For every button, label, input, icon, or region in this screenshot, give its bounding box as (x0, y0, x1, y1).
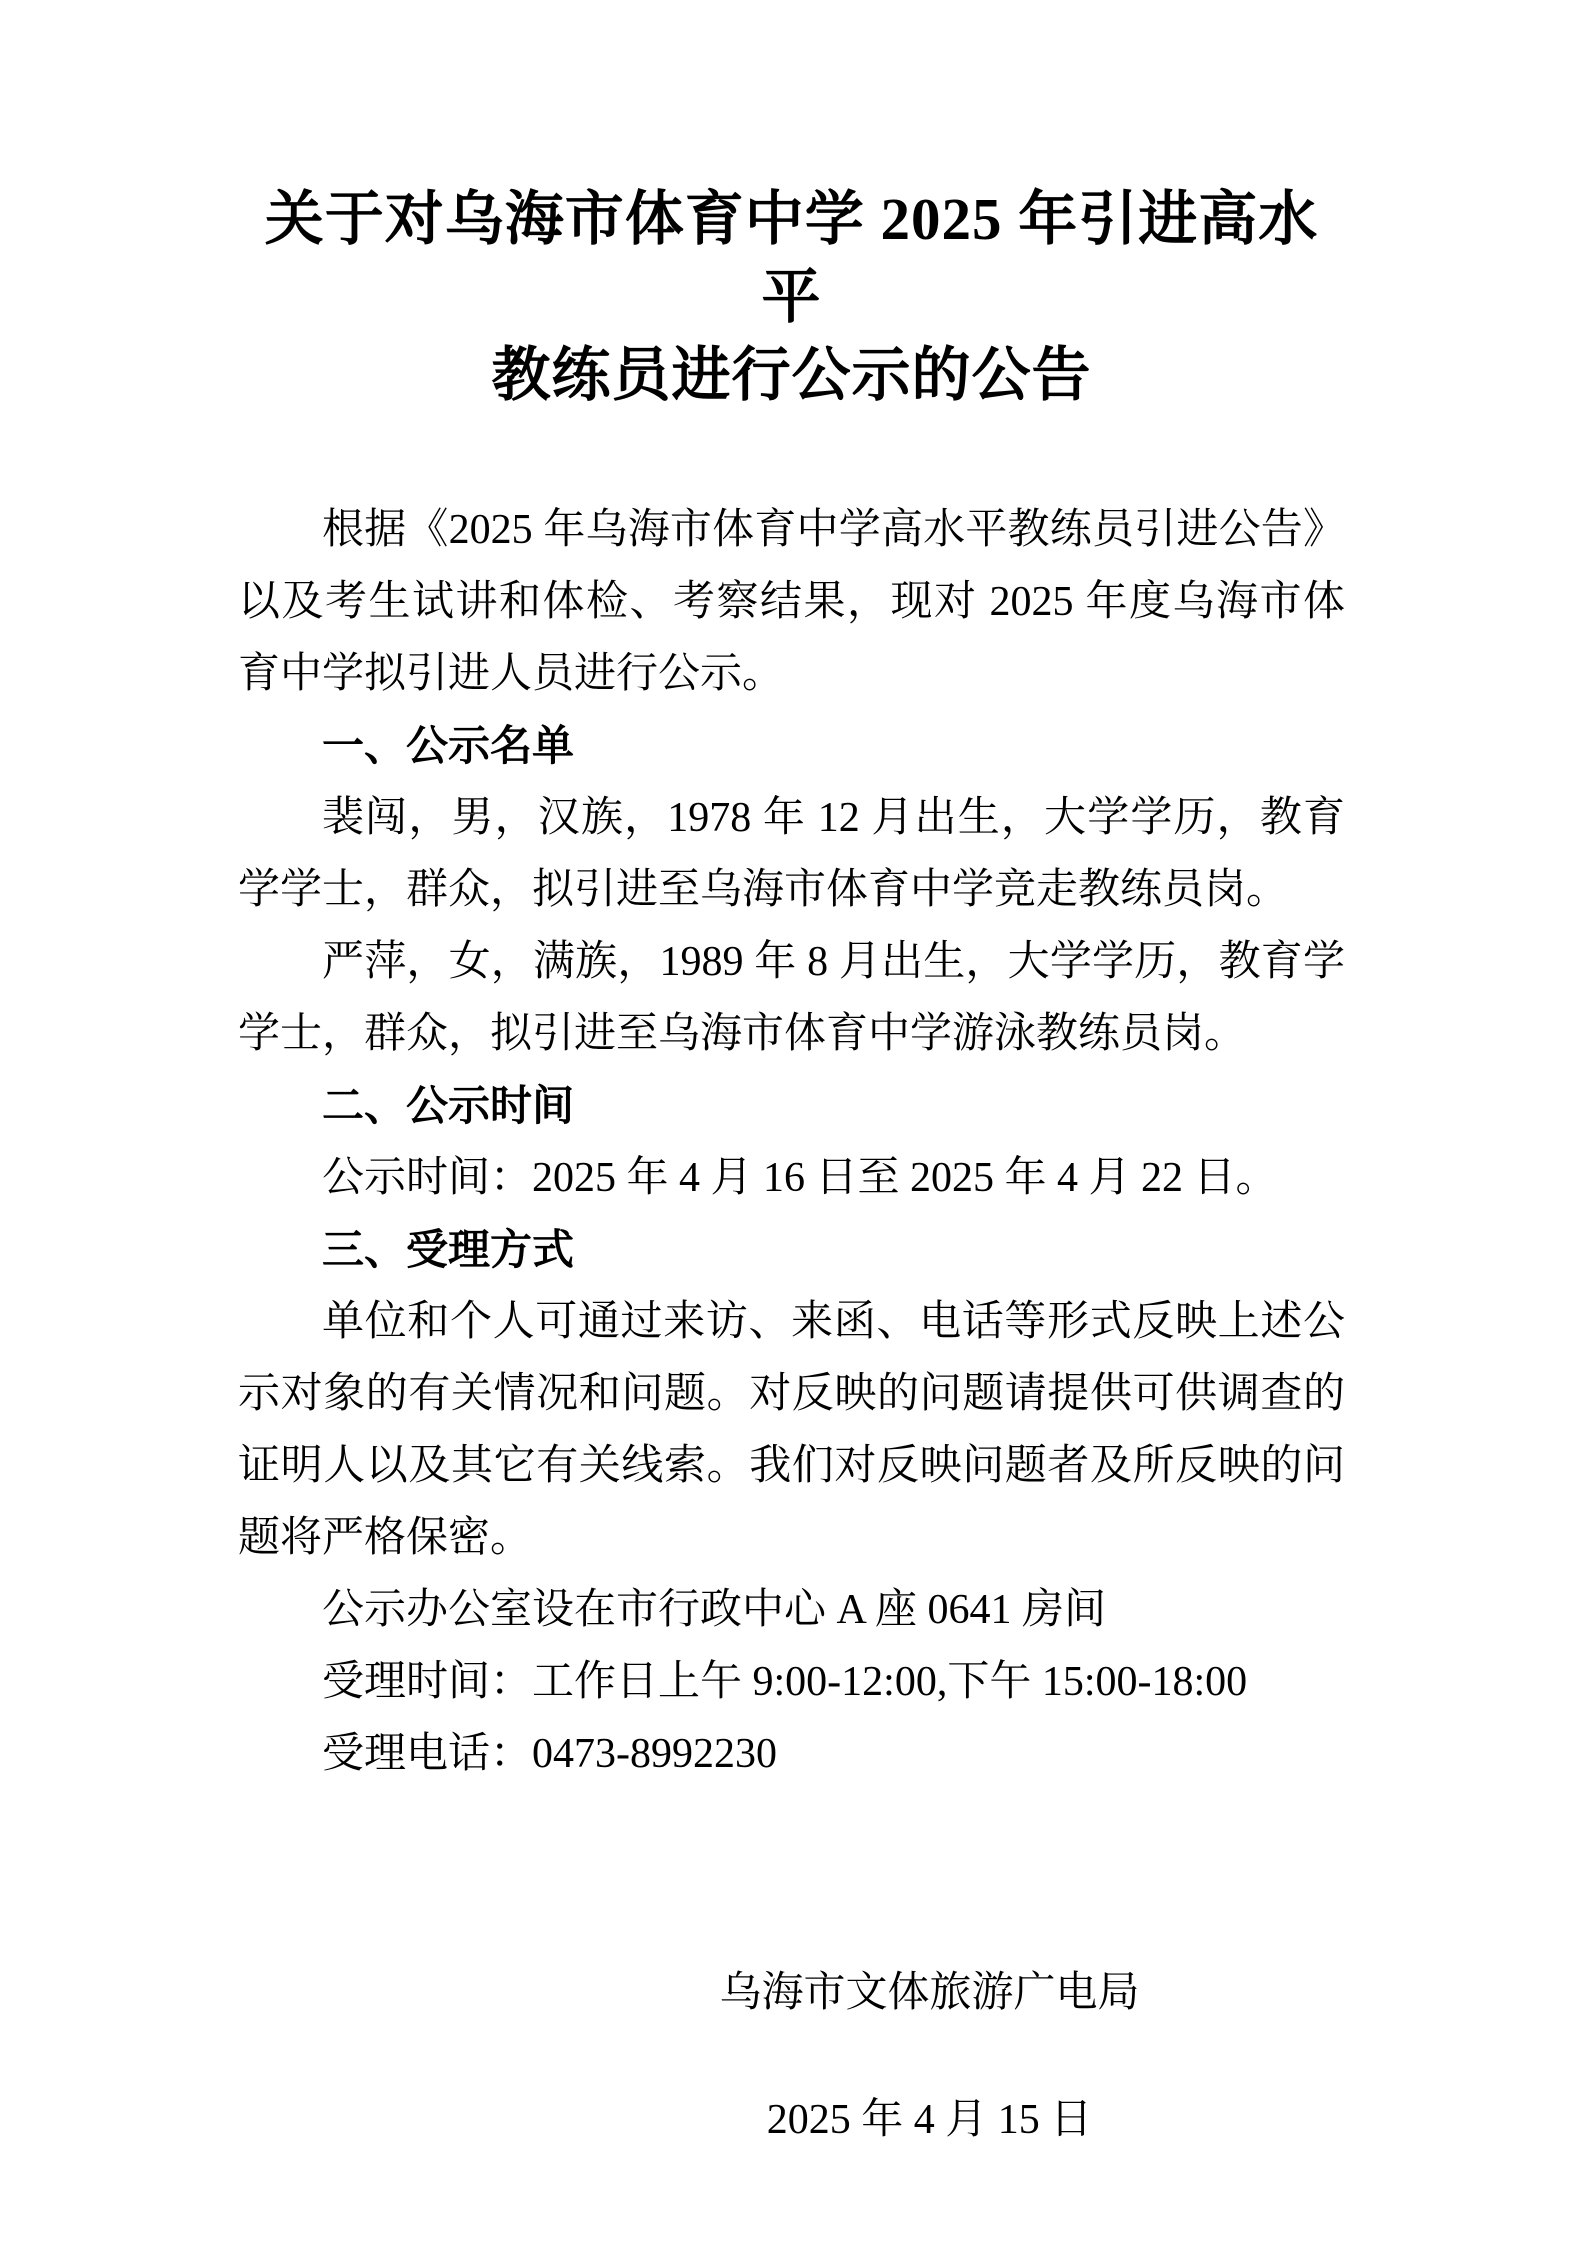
section-heading-acceptance-method: 三、受理方式 (238, 1214, 1345, 1286)
paragraph-phone-number: 受理电话：0473-8992230 (238, 1718, 1345, 1790)
title-line-1: 关于对乌海市体育中学 2025 年引进高水平 (238, 180, 1345, 336)
section-heading-publicity-time: 二、公示时间 (238, 1070, 1345, 1142)
document-title: 关于对乌海市体育中学 2025 年引进高水平 教练员进行公示的公告 (238, 180, 1345, 414)
paragraph-person-1: 裴闯，男，汉族，1978 年 12 月出生，大学学历，教育学学士，群众，拟引进至… (238, 782, 1345, 926)
paragraph-office-location: 公示办公室设在市行政中心 A 座 0641 房间 (238, 1574, 1345, 1646)
paragraph-person-2: 严萍，女，满族，1989 年 8 月出生，大学学历，教育学学士，群众，拟引进至乌… (238, 926, 1345, 1070)
signature-block: 乌海市文体旅游广电局 2025 年 4 月 15 日 (514, 1957, 1345, 2156)
paragraph-method: 单位和个人可通过来访、来函、电话等形式反映上述公示对象的有关情况和问题。对反映的… (238, 1286, 1345, 1574)
signature-date: 2025 年 4 月 15 日 (514, 2084, 1345, 2156)
paragraph-intro: 根据《2025 年乌海市体育中学高水平教练员引进公告》以及考生试讲和体检、考察结… (238, 494, 1345, 710)
title-line-2: 教练员进行公示的公告 (238, 336, 1345, 414)
signature-organization: 乌海市文体旅游广电局 (514, 1957, 1345, 2029)
section-heading-publicity-list: 一、公示名单 (238, 710, 1345, 782)
paragraph-office-hours: 受理时间：工作日上午 9:00-12:00,下午 15:00-18:00 (238, 1646, 1345, 1718)
paragraph-publicity-period: 公示时间：2025 年 4 月 16 日至 2025 年 4 月 22 日。 (238, 1142, 1345, 1214)
document-page: 关于对乌海市体育中学 2025 年引进高水平 教练员进行公示的公告 根据《202… (0, 0, 1587, 2245)
